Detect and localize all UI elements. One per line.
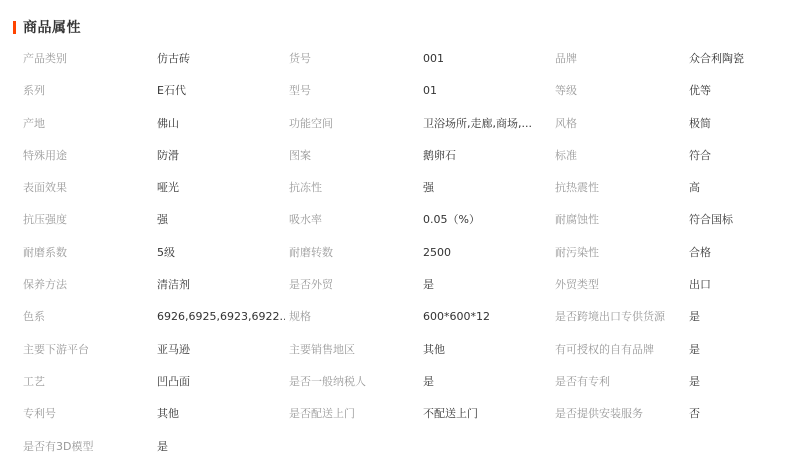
attribute-grid: 产品类别 仿古砖 货号 001 品牌 众合利陶瓷 系列 E石代 型号 01 等级… — [23, 43, 791, 463]
attribute-label: 抗压强度 — [23, 204, 153, 236]
attribute-value: 卫浴场所,走廊,商场,... — [423, 108, 551, 140]
attribute-label: 工艺 — [23, 366, 153, 398]
attribute-label: 产品类别 — [23, 43, 153, 75]
attribute-label: 货号 — [289, 43, 419, 75]
attribute-value: 优等 — [689, 75, 789, 107]
attribute-value: 其他 — [157, 398, 285, 430]
attribute-value: 仿古砖 — [157, 43, 285, 75]
attribute-value: 600*600*12 — [423, 301, 551, 333]
attribute-label: 吸水率 — [289, 204, 419, 236]
attribute-row: 保养方法 清洁剂 是否外贸 是 外贸类型 出口 — [23, 269, 791, 301]
attribute-row: 系列 E石代 型号 01 等级 优等 — [23, 75, 791, 107]
attribute-value: 清洁剂 — [157, 269, 285, 301]
attribute-label: 耐腐蚀性 — [555, 204, 685, 236]
attribute-value: 0.05（%） — [423, 204, 551, 236]
attribute-label: 主要下游平台 — [23, 334, 153, 366]
attribute-value: 鹅卵石 — [423, 140, 551, 172]
attribute-label: 图案 — [289, 140, 419, 172]
attribute-label: 是否一般纳税人 — [289, 366, 419, 398]
attribute-row: 产品类别 仿古砖 货号 001 品牌 众合利陶瓷 — [23, 43, 791, 75]
attribute-label: 是否配送上门 — [289, 398, 419, 430]
attribute-label: 是否有3D模型 — [23, 431, 153, 463]
attribute-label: 规格 — [289, 301, 419, 333]
attribute-value: 防滑 — [157, 140, 285, 172]
attribute-value: 是 — [157, 431, 285, 463]
attribute-label: 等级 — [555, 75, 685, 107]
attribute-value: 其他 — [423, 334, 551, 366]
attribute-value: 否 — [689, 398, 789, 430]
attribute-value: 001 — [423, 43, 551, 75]
attribute-label: 系列 — [23, 75, 153, 107]
attribute-value: 极简 — [689, 108, 789, 140]
attribute-label: 是否有专利 — [555, 366, 685, 398]
attribute-label: 是否跨境出口专供货源 — [555, 301, 685, 333]
attribute-row: 耐磨系数 5级 耐磨转数 2500 耐污染性 合格 — [23, 237, 791, 269]
attribute-label: 风格 — [555, 108, 685, 140]
attribute-value: 是 — [689, 301, 789, 333]
attribute-row: 色系 6926,6925,6923,6922... 规格 600*600*12 … — [23, 301, 791, 333]
attribute-value: 高 — [689, 172, 789, 204]
attribute-label: 专利号 — [23, 398, 153, 430]
attribute-value: 6926,6925,6923,6922... — [157, 301, 285, 333]
attribute-value: 是 — [423, 269, 551, 301]
attribute-label: 表面效果 — [23, 172, 153, 204]
attribute-row: 抗压强度 强 吸水率 0.05（%） 耐腐蚀性 符合国标 — [23, 204, 791, 236]
attribute-label: 耐污染性 — [555, 237, 685, 269]
attribute-label: 型号 — [289, 75, 419, 107]
attribute-value: 众合利陶瓷 — [689, 43, 789, 75]
attribute-label: 标准 — [555, 140, 685, 172]
attribute-value: 2500 — [423, 237, 551, 269]
attribute-label: 是否外贸 — [289, 269, 419, 301]
attribute-value: 合格 — [689, 237, 789, 269]
attribute-row: 表面效果 哑光 抗冻性 强 抗热震性 高 — [23, 172, 791, 204]
attribute-row: 工艺 凹凸面 是否一般纳税人 是 是否有专利 是 — [23, 366, 791, 398]
attribute-value: 5级 — [157, 237, 285, 269]
attribute-label: 有可授权的自有品牌 — [555, 334, 685, 366]
attribute-label: 产地 — [23, 108, 153, 140]
section-header: 商品属性 — [13, 18, 81, 36]
attribute-value: 亚马逊 — [157, 334, 285, 366]
attribute-row: 产地 佛山 功能空间 卫浴场所,走廊,商场,... 风格 极简 — [23, 108, 791, 140]
attribute-value: 符合 — [689, 140, 789, 172]
attribute-label: 功能空间 — [289, 108, 419, 140]
attribute-value: 不配送上门 — [423, 398, 551, 430]
attribute-row: 专利号 其他 是否配送上门 不配送上门 是否提供安装服务 否 — [23, 398, 791, 430]
attribute-value: 是 — [689, 366, 789, 398]
attribute-label: 品牌 — [555, 43, 685, 75]
attribute-label: 耐磨系数 — [23, 237, 153, 269]
attribute-value: 凹凸面 — [157, 366, 285, 398]
attribute-value: 符合国标 — [689, 204, 789, 236]
attribute-label: 保养方法 — [23, 269, 153, 301]
attribute-label: 特殊用途 — [23, 140, 153, 172]
attribute-label: 耐磨转数 — [289, 237, 419, 269]
attribute-label: 主要销售地区 — [289, 334, 419, 366]
attribute-value: 是 — [423, 366, 551, 398]
section-title: 商品属性 — [23, 17, 81, 37]
attribute-value: 强 — [157, 204, 285, 236]
attribute-value: 01 — [423, 75, 551, 107]
accent-bar — [13, 21, 16, 34]
attribute-value: 出口 — [689, 269, 789, 301]
attribute-row: 主要下游平台 亚马逊 主要销售地区 其他 有可授权的自有品牌 是 — [23, 334, 791, 366]
attribute-value: E石代 — [157, 75, 285, 107]
attribute-label: 外贸类型 — [555, 269, 685, 301]
attribute-label: 抗冻性 — [289, 172, 419, 204]
attribute-label: 色系 — [23, 301, 153, 333]
attribute-value: 是 — [689, 334, 789, 366]
attribute-value: 强 — [423, 172, 551, 204]
attribute-label: 是否提供安装服务 — [555, 398, 685, 430]
attribute-label: 抗热震性 — [555, 172, 685, 204]
attribute-row: 是否有3D模型 是 — [23, 431, 791, 463]
attribute-value: 哑光 — [157, 172, 285, 204]
attribute-value: 佛山 — [157, 108, 285, 140]
attribute-row: 特殊用途 防滑 图案 鹅卵石 标准 符合 — [23, 140, 791, 172]
